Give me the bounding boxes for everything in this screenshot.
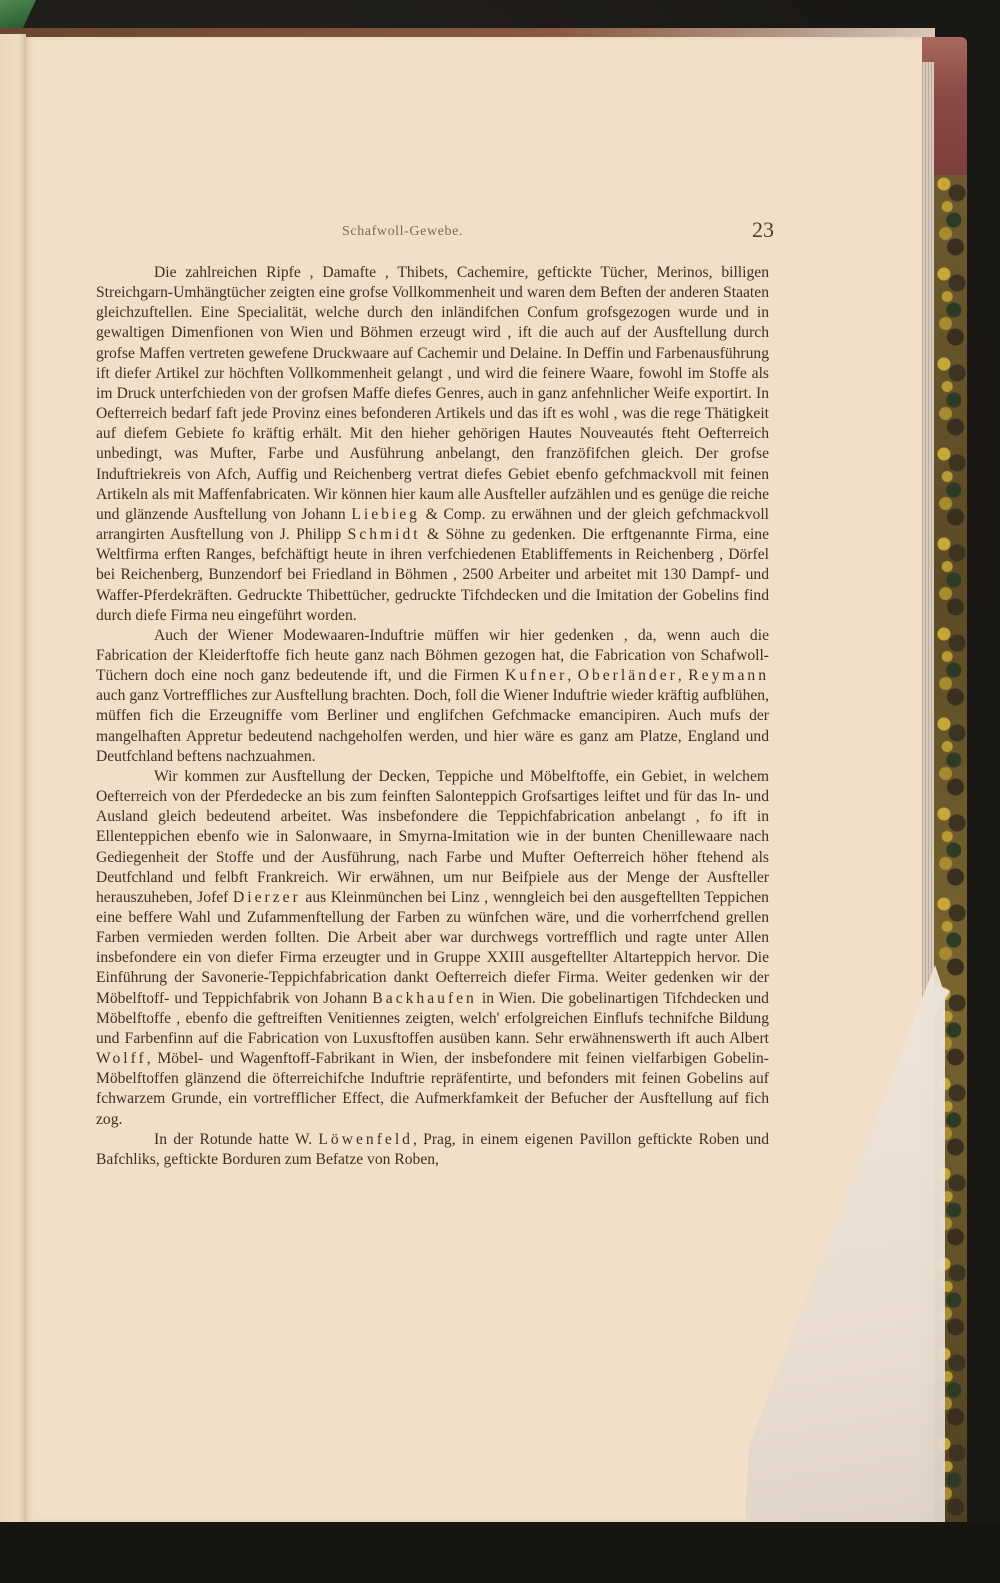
spaced-name: Löwenfeld bbox=[318, 1131, 413, 1148]
text-run: , bbox=[567, 667, 577, 684]
paragraph-3: Wir kommen zur Ausftellung der Decken, T… bbox=[96, 767, 769, 1130]
left-page-edge bbox=[0, 34, 26, 1524]
background-surface bbox=[0, 1522, 1000, 1583]
page-number: 23 bbox=[752, 217, 774, 243]
book-page: Schafwoll-Gewebe. 23 Die zahlreichen Rip… bbox=[24, 37, 922, 1522]
text-run: auch ganz Vortreffliches zur Ausftellung… bbox=[96, 687, 769, 764]
text-run: Die zahlreichen Ripfe , Damafte , Thibet… bbox=[96, 264, 769, 523]
spaced-name: Oberländer bbox=[578, 667, 678, 684]
bookmark-ribbon bbox=[0, 0, 36, 30]
text-run: Wir kommen zur Ausftellung der Decken, T… bbox=[96, 768, 769, 906]
body-text: Die zahlreichen Ripfe , Damafte , Thibet… bbox=[96, 263, 769, 1170]
spaced-name: Wolff bbox=[96, 1050, 147, 1067]
page-header: Schafwoll-Gewebe. 23 bbox=[24, 220, 922, 248]
spaced-name: Kufner bbox=[505, 667, 567, 684]
spaced-name: Backhaufen bbox=[372, 990, 476, 1007]
paragraph-1: Die zahlreichen Ripfe , Damafte , Thibet… bbox=[96, 263, 769, 626]
paragraph-4: In der Rotunde hatte W. Löwenfeld, Prag,… bbox=[96, 1130, 769, 1170]
spaced-name: Dierzer bbox=[233, 889, 301, 906]
scanned-book-scene: Schafwoll-Gewebe. 23 Die zahlreichen Rip… bbox=[0, 0, 1000, 1583]
text-run: , Möbel- und Wagenftoff-Fabrikant in Wie… bbox=[96, 1050, 769, 1127]
text-run: , bbox=[678, 667, 688, 684]
paragraph-2: Auch der Wiener Modewaaren-Induftrie müf… bbox=[96, 626, 769, 767]
running-title: Schafwoll-Gewebe. bbox=[342, 224, 463, 240]
text-run: In der Rotunde hatte W. bbox=[154, 1131, 318, 1148]
spaced-name: Liebieg bbox=[351, 506, 420, 523]
spaced-name: Reymann bbox=[688, 667, 769, 684]
spaced-name: Schmidt bbox=[348, 526, 421, 543]
